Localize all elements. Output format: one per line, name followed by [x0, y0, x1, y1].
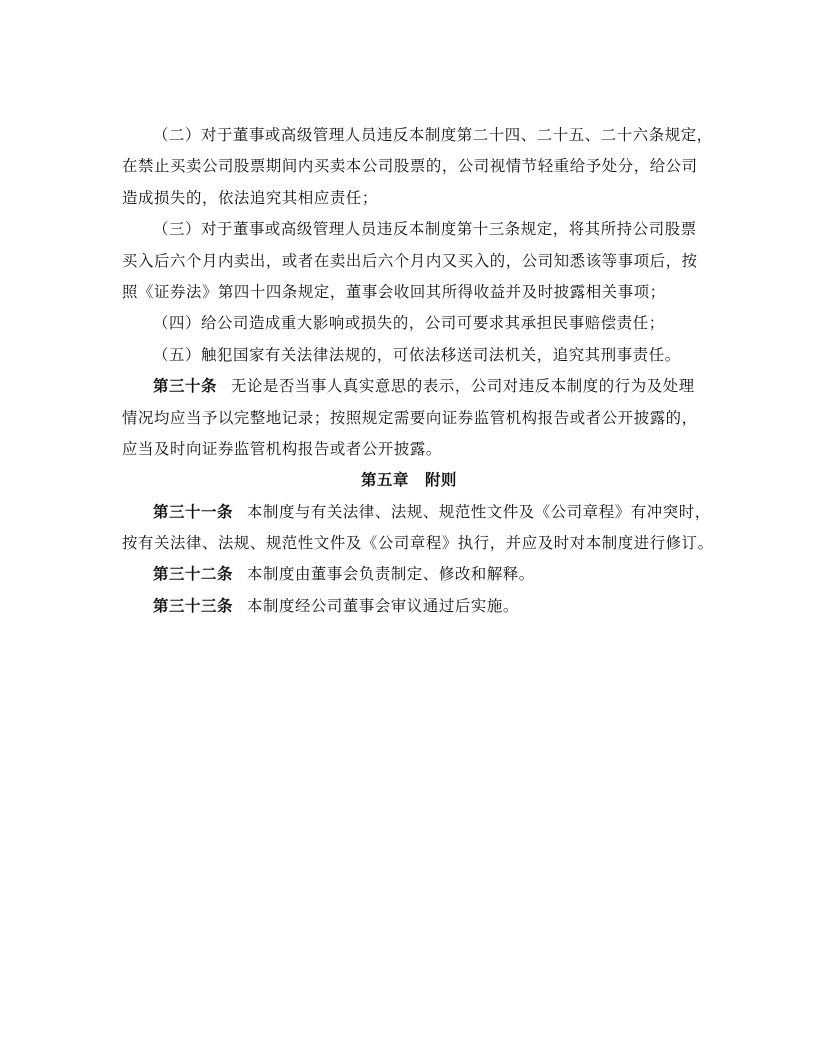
clause-2-line-1: （二）对于董事或高级管理人员违反本制度第二十四、二十五、二十六条规定， [122, 120, 696, 151]
article-31-text: 本制度与有关法律、法规、规范性文件及《公司章程》有冲突时， [247, 503, 711, 521]
article-30-line-2: 情况均应当予以完整地记录；按照规定需要向证券监管机构报告或者公开披露的， [122, 403, 696, 434]
clause-3-line-1: （三）对于董事或高级管理人员违反本制度第十三条规定，将其所持公司股票 [122, 214, 696, 245]
chapter-heading: 第五章 附则 [122, 465, 696, 496]
clause-4: （四）给公司造成重大影响或损失的，公司可要求其承担民事赔偿责任； [122, 308, 696, 339]
clause-5: （五）触犯国家有关法律法规的，可依法移送司法机关，追究其刑事责任。 [122, 340, 696, 371]
clause-3-line-2: 买入后六个月内卖出，或者在卖出后六个月内又买入的，公司知悉该等事项后，按 [122, 246, 696, 277]
article-33: 第三十三条本制度经公司董事会审议通过后实施。 [122, 591, 696, 622]
article-32: 第三十二条本制度由董事会负责制定、修改和解释。 [122, 559, 696, 590]
clause-2-line-2: 在禁止买卖公司股票期间内买卖本公司股票的，公司视情节轻重给予处分，给公司 [122, 151, 696, 182]
article-30-label: 第三十条 [153, 377, 217, 395]
article-32-label: 第三十二条 [153, 565, 233, 583]
clause-3-line-3: 照《证券法》第四十四条规定，董事会收回其所得收益并及时披露相关事项； [122, 277, 696, 308]
article-31-label: 第三十一条 [153, 503, 233, 521]
article-30-line-3: 应当及时向证券监管机构报告或者公开披露。 [122, 434, 696, 465]
clause-2-line-3: 造成损失的，依法追究其相应责任； [122, 183, 696, 214]
article-31-line-2: 按有关法律、法规、规范性文件及《公司章程》执行，并应及时对本制度进行修订。 [122, 528, 696, 559]
document-page: （二）对于董事或高级管理人员违反本制度第二十四、二十五、二十六条规定， 在禁止买… [122, 120, 696, 622]
article-30-line-1: 第三十条无论是否当事人真实意思的表示，公司对违反本制度的行为及处理 [122, 371, 696, 402]
article-30-text: 无论是否当事人真实意思的表示，公司对违反本制度的行为及处理 [231, 377, 695, 395]
article-33-label: 第三十三条 [153, 597, 233, 615]
article-33-text: 本制度经公司董事会审议通过后实施。 [247, 597, 519, 615]
article-31-line-1: 第三十一条本制度与有关法律、法规、规范性文件及《公司章程》有冲突时， [122, 497, 696, 528]
article-32-text: 本制度由董事会负责制定、修改和解释。 [247, 565, 535, 583]
